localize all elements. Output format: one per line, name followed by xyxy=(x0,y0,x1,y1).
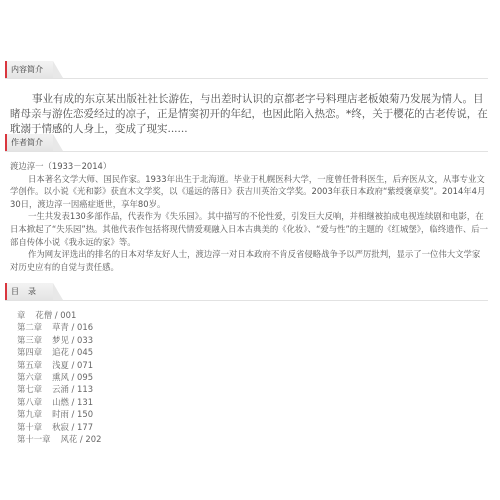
chapter-page: 071 xyxy=(77,360,93,370)
chapter-title: 花僧 xyxy=(35,310,52,320)
toc-item: 第三章梦见 / 033 xyxy=(17,334,101,346)
chapter-title: 草青 xyxy=(52,322,69,332)
author-section-header: 作者简介 xyxy=(5,134,488,152)
author-section-tab: 作者简介 xyxy=(5,134,53,151)
chapter-page: 202 xyxy=(85,434,101,444)
chapter-number: 第二章 xyxy=(17,321,42,333)
chapter-title: 浅夏 xyxy=(52,360,69,370)
toc-item: 第十章秋寂 / 177 xyxy=(17,421,101,433)
chapter-page: 177 xyxy=(77,422,93,432)
chapter-page: 113 xyxy=(77,384,93,394)
chapter-title: 熏风 xyxy=(52,372,69,382)
chapter-page: 150 xyxy=(77,409,93,419)
author-bio: 渡边淳一（1933－2014） 日本著名文学大师、国民作家。1933年出生于北海… xyxy=(10,160,488,273)
chapter-number: 第六章 xyxy=(17,371,42,383)
synopsis-text-content: 事业有成的东京某出版社社长游佐，与出差时认识的京都老字号料理店老板娘菊乃发展为情… xyxy=(10,93,488,135)
chapter-title: 梦见 xyxy=(52,335,69,345)
toc-item: 第十一章风花 / 202 xyxy=(17,433,101,445)
synopsis-section-header: 内容简介 xyxy=(5,61,488,79)
chapter-title: 风花 xyxy=(61,434,78,444)
toc-item: 第二章草青 / 016 xyxy=(17,321,101,333)
toc-item: 第九章时雨 / 150 xyxy=(17,408,101,420)
chapter-number: 第七章 xyxy=(17,383,42,395)
chapter-number: 第四章 xyxy=(17,346,42,358)
chapter-number: 第十章 xyxy=(17,421,42,433)
chapter-page: 131 xyxy=(77,397,93,407)
toc-item: 第四章追花 / 045 xyxy=(17,346,101,358)
chapter-title: 云涌 xyxy=(52,384,69,394)
toc-list: 章花僧 / 001 第二章草青 / 016 第三章梦见 / 033 第四章追花 … xyxy=(17,309,101,445)
author-name-line: 渡边淳一（1933－2014） xyxy=(10,160,488,173)
toc-item: 章花僧 / 001 xyxy=(17,309,101,321)
chapter-title: 秋寂 xyxy=(52,422,69,432)
chapter-number: 第三章 xyxy=(17,334,42,346)
toc-item: 第八章山燃 / 131 xyxy=(17,396,101,408)
toc-section-header: 目录 xyxy=(5,283,488,301)
chapter-number: 第五章 xyxy=(17,359,42,371)
chapter-page: 016 xyxy=(77,322,93,332)
chapter-page: 095 xyxy=(77,372,93,382)
author-bio-paragraph-3: 作为网友评选出的排名的日本对华友好人士，渡边淳一对日本政府不肯反省侵略战争予以严… xyxy=(10,248,488,273)
chapter-number: 第九章 xyxy=(17,408,42,420)
chapter-page: 033 xyxy=(77,335,93,345)
toc-item: 第六章熏风 / 095 xyxy=(17,371,101,383)
author-bio-paragraph-1: 日本著名文学大师、国民作家。1933年出生于北海道。毕业于札幌医科大学，一度曾任… xyxy=(10,173,488,211)
chapter-number: 第八章 xyxy=(17,396,42,408)
chapter-page: 045 xyxy=(77,347,93,357)
synopsis-section-tab: 内容简介 xyxy=(5,61,53,78)
chapter-number: 章 xyxy=(17,309,25,321)
chapter-number: 第十一章 xyxy=(17,433,51,445)
chapter-page: 001 xyxy=(60,310,76,320)
chapter-title: 时雨 xyxy=(52,409,69,419)
chapter-title: 追花 xyxy=(52,347,69,357)
toc-item: 第五章浅夏 / 071 xyxy=(17,359,101,371)
synopsis-text: 事业有成的东京某出版社社长游佐，与出差时认识的京都老字号料理店老板娘菊乃发展为情… xyxy=(10,92,488,137)
toc-item: 第七章云涌 / 113 xyxy=(17,383,101,395)
chapter-title: 山燃 xyxy=(52,397,69,407)
author-bio-paragraph-2: 一生共发表130多部作品，代表作为《失乐园》。其中描写的不伦性爱，引发巨大反响，… xyxy=(10,210,488,248)
toc-section-tab: 目录 xyxy=(5,283,53,300)
book-detail-page: 内容简介 事业有成的东京某出版社社长游佐，与出差时认识的京都老字号料理店老板娘菊… xyxy=(0,0,500,500)
